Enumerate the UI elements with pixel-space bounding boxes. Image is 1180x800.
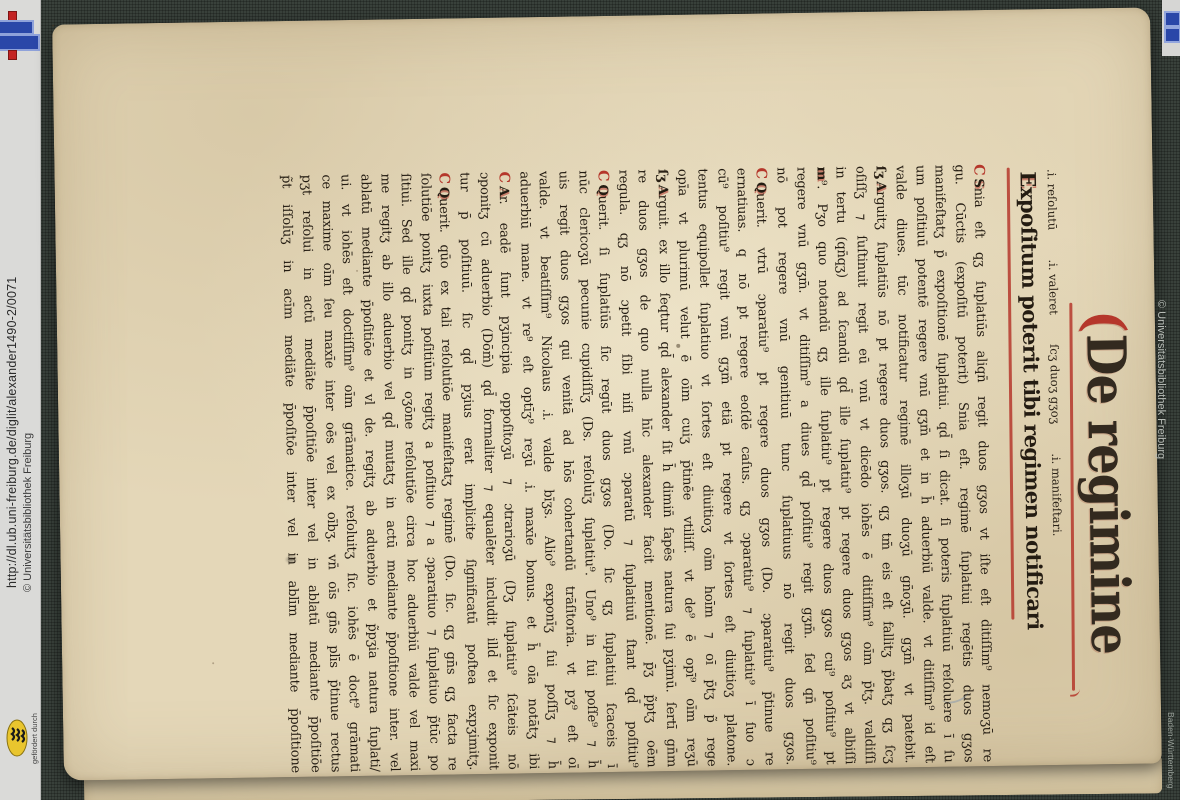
rubric-pilcrow-icon: ( (1073, 310, 1136, 333)
source-url: http://dl.ub.uni-freiburg.de/diglit/alex… (5, 196, 19, 588)
book-page: (De regimine .i. reſolutū .i. valeret ſc… (52, 7, 1162, 780)
baden-wuerttemberg-arms-icon (6, 718, 28, 763)
verse-line: Expoſitum poterit tibi regimen notificar… (1016, 171, 1048, 630)
logo-blue-square (1164, 11, 1180, 27)
commentary-lines: CSnia eſt qʒ ſuplatiūs aliqn̄ regit duos… (276, 164, 998, 773)
interlinear-gloss: .i. reſolutū .i. valeret ſcʒ duoʒ gʒoʒ .… (1045, 169, 1065, 537)
running-title: (De regimine (1073, 310, 1141, 655)
copyright-note: © Universitätsbibliothek Freiburg (22, 296, 34, 592)
funding-label: gefördert durch (30, 710, 39, 764)
logo-blue-bar-long (0, 34, 40, 51)
logo-blue-square (1164, 27, 1180, 43)
frame-info-strip: http://dl.ub.uni-freiburg.de/diglit/alex… (0, 0, 41, 800)
scan-viewport: http://dl.ub.uni-freiburg.de/diglit/alex… (0, 0, 1180, 800)
copyright-note-reversed: © Universitätsbibliothek Freiburg (1155, 300, 1167, 642)
printed-text-block: (De regimine .i. reſolutū .i. valeret ſc… (259, 162, 1134, 776)
frame-sliver (1162, 0, 1180, 56)
running-title-text: De regimine (1074, 333, 1142, 654)
paper-specks (52, 25, 54, 27)
rubric-underline (1007, 168, 1014, 620)
funding-region-label: Baden-Württemberg (1166, 712, 1176, 794)
logo-red-dash (8, 50, 17, 60)
logo-blue-bar-short (0, 20, 34, 35)
ub-freiburg-logo-icon (0, 8, 40, 64)
